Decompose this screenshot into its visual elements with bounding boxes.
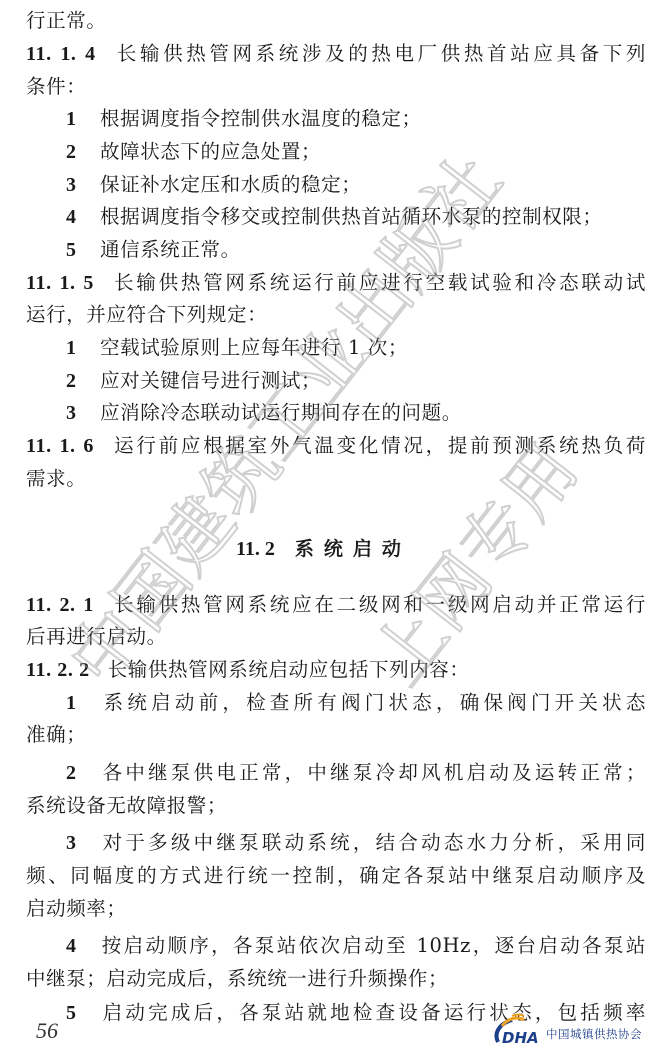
clause-number: 11. 1. 6 bbox=[26, 435, 94, 457]
item-number: 1 bbox=[66, 106, 100, 132]
section-heading: 11. 2系统启动 bbox=[236, 536, 411, 562]
clause-text: 长输供热管网系统应在二级网和一级网启动并正常运行 bbox=[112, 593, 646, 616]
text-line: 条件： bbox=[26, 74, 86, 100]
item-text: 按启动顺序，各泵站依次启动至 10Hz，逐台启动各泵站 bbox=[100, 934, 646, 957]
clause-text: 长输供热管网系统涉及的热电厂供热首站应具备下列 bbox=[114, 42, 646, 65]
item-number: 3 bbox=[66, 830, 100, 856]
item-text: 故障状态下的应急处置； bbox=[100, 140, 321, 163]
item-number: 2 bbox=[66, 760, 100, 786]
line-text: 需求。 bbox=[26, 467, 86, 490]
list-item: 3对于多级中继泵联动系统，结合动态水力分析，采用同 bbox=[66, 830, 646, 856]
clause-11-2-2: 11. 2. 2长输供热管网系统启动应包括下列内容： bbox=[26, 657, 470, 683]
item-text: 系统启动前，检查所有阀门状态，确保阀门开关状态 bbox=[100, 691, 646, 714]
list-item: 2应对关键信号进行测试； bbox=[66, 368, 321, 394]
chda-logo: DHA 中国城镇供热协会 bbox=[488, 1012, 663, 1052]
clause-11-1-4: 11. 1. 4长输供热管网系统涉及的热电厂供热首站应具备下列 bbox=[26, 41, 646, 67]
text-line: 行正常。 bbox=[26, 8, 106, 34]
list-item: 3保证补水定压和水质的稳定； bbox=[66, 172, 361, 198]
line-text: 准确； bbox=[26, 723, 86, 746]
clause-number: 11. 2. 2 bbox=[26, 659, 90, 681]
item-text: 应对关键信号进行测试； bbox=[100, 369, 321, 392]
list-item: 1根据调度指令控制供水温度的稳定； bbox=[66, 106, 422, 132]
item-text: 根据调度指令控制供水温度的稳定； bbox=[100, 107, 422, 130]
section-title: 系统启动 bbox=[295, 538, 411, 560]
item-number: 5 bbox=[66, 1000, 100, 1026]
clause-11-1-5: 11. 1. 5长输供热管网系统运行前应进行空载试验和冷态联动试 bbox=[26, 270, 646, 296]
line-text: 行正常。 bbox=[26, 9, 106, 32]
text-line: 后再进行启动。 bbox=[26, 624, 167, 650]
list-item: 1空载试验原则上应每年进行 1 次； bbox=[66, 335, 408, 361]
item-text: 保证补水定压和水质的稳定； bbox=[100, 173, 361, 196]
list-item: 1系统启动前，检查所有阀门状态，确保阀门开关状态 bbox=[66, 690, 646, 716]
text-line: 频、同幅度的方式进行统一控制，确定各泵站中继泵启动顺序及 bbox=[26, 863, 646, 889]
clause-text: 运行前应根据室外气温变化情况，提前预测系统热负荷 bbox=[112, 434, 646, 457]
item-number: 2 bbox=[66, 139, 100, 165]
list-item: 5通信系统正常。 bbox=[66, 237, 241, 263]
item-number: 5 bbox=[66, 237, 100, 263]
item-number: 4 bbox=[66, 204, 100, 230]
item-number: 3 bbox=[66, 400, 100, 426]
line-text: 后再进行启动。 bbox=[26, 625, 167, 648]
section-number: 11. 2 bbox=[236, 538, 275, 560]
list-item: 4根据调度指令移交或控制供热首站循环水泵的控制权限； bbox=[66, 204, 603, 230]
text-line: 系统设备无故障报警； bbox=[26, 793, 227, 819]
logo-abbr: DHA bbox=[502, 1029, 539, 1047]
line-text: 中继泵；启动完成后，系统统一进行升频操作； bbox=[26, 967, 448, 990]
clause-11-1-6: 11. 1. 6运行前应根据室外气温变化情况，提前预测系统热负荷 bbox=[26, 433, 646, 459]
line-text: 条件： bbox=[26, 75, 86, 98]
item-number: 1 bbox=[66, 335, 100, 361]
clause-number: 11. 1. 5 bbox=[26, 272, 94, 294]
item-number: 4 bbox=[66, 933, 100, 959]
clause-number: 11. 2. 1 bbox=[26, 594, 94, 616]
list-item: 2各中继泵供电正常，中继泵冷却风机启动及运转正常； bbox=[66, 760, 646, 786]
text-line: 中继泵；启动完成后，系统统一进行升频操作； bbox=[26, 966, 448, 992]
item-text: 通信系统正常。 bbox=[100, 238, 241, 261]
text-line: 准确； bbox=[26, 722, 86, 748]
line-text: 频、同幅度的方式进行统一控制，确定各泵站中继泵启动顺序及 bbox=[26, 864, 646, 887]
item-text: 各中继泵供电正常，中继泵冷却风机启动及运转正常； bbox=[100, 761, 646, 784]
logo-org-name: 中国城镇供热协会 bbox=[546, 1026, 642, 1042]
document-page: 行正常。 11. 1. 4长输供热管网系统涉及的热电厂供热首站应具备下列 条件：… bbox=[0, 0, 667, 1058]
list-item: 4按启动顺序，各泵站依次启动至 10Hz，逐台启动各泵站 bbox=[66, 933, 646, 959]
line-text: 运行，并应符合下列规定： bbox=[26, 303, 267, 326]
clause-11-2-1: 11. 2. 1长输供热管网系统应在二级网和一级网启动并正常运行 bbox=[26, 592, 646, 618]
dha-logo-icon: DHA bbox=[488, 1012, 548, 1052]
item-text: 对于多级中继泵联动系统，结合动态水力分析，采用同 bbox=[100, 831, 646, 854]
list-item: 3应消除冷态联动试运行期间存在的问题。 bbox=[66, 400, 462, 426]
text-line: 需求。 bbox=[26, 466, 86, 492]
text-line: 运行，并应符合下列规定： bbox=[26, 302, 267, 328]
page-number: 56 bbox=[36, 1018, 58, 1044]
line-text: 系统设备无故障报警； bbox=[26, 794, 227, 817]
item-number: 2 bbox=[66, 368, 100, 394]
list-item: 2故障状态下的应急处置； bbox=[66, 139, 321, 165]
item-text: 根据调度指令移交或控制供热首站循环水泵的控制权限； bbox=[100, 205, 603, 228]
text-line: 启动频率； bbox=[26, 896, 127, 922]
item-number: 3 bbox=[66, 172, 100, 198]
line-text: 启动频率； bbox=[26, 897, 127, 920]
clause-text: 长输供热管网系统运行前应进行空载试验和冷态联动试 bbox=[112, 271, 646, 294]
item-number: 1 bbox=[66, 690, 100, 716]
item-text: 应消除冷态联动试运行期间存在的问题。 bbox=[100, 401, 462, 424]
clause-text: 长输供热管网系统启动应包括下列内容： bbox=[108, 658, 470, 681]
clause-number: 11. 1. 4 bbox=[26, 43, 96, 65]
item-text: 空载试验原则上应每年进行 1 次； bbox=[100, 336, 408, 359]
